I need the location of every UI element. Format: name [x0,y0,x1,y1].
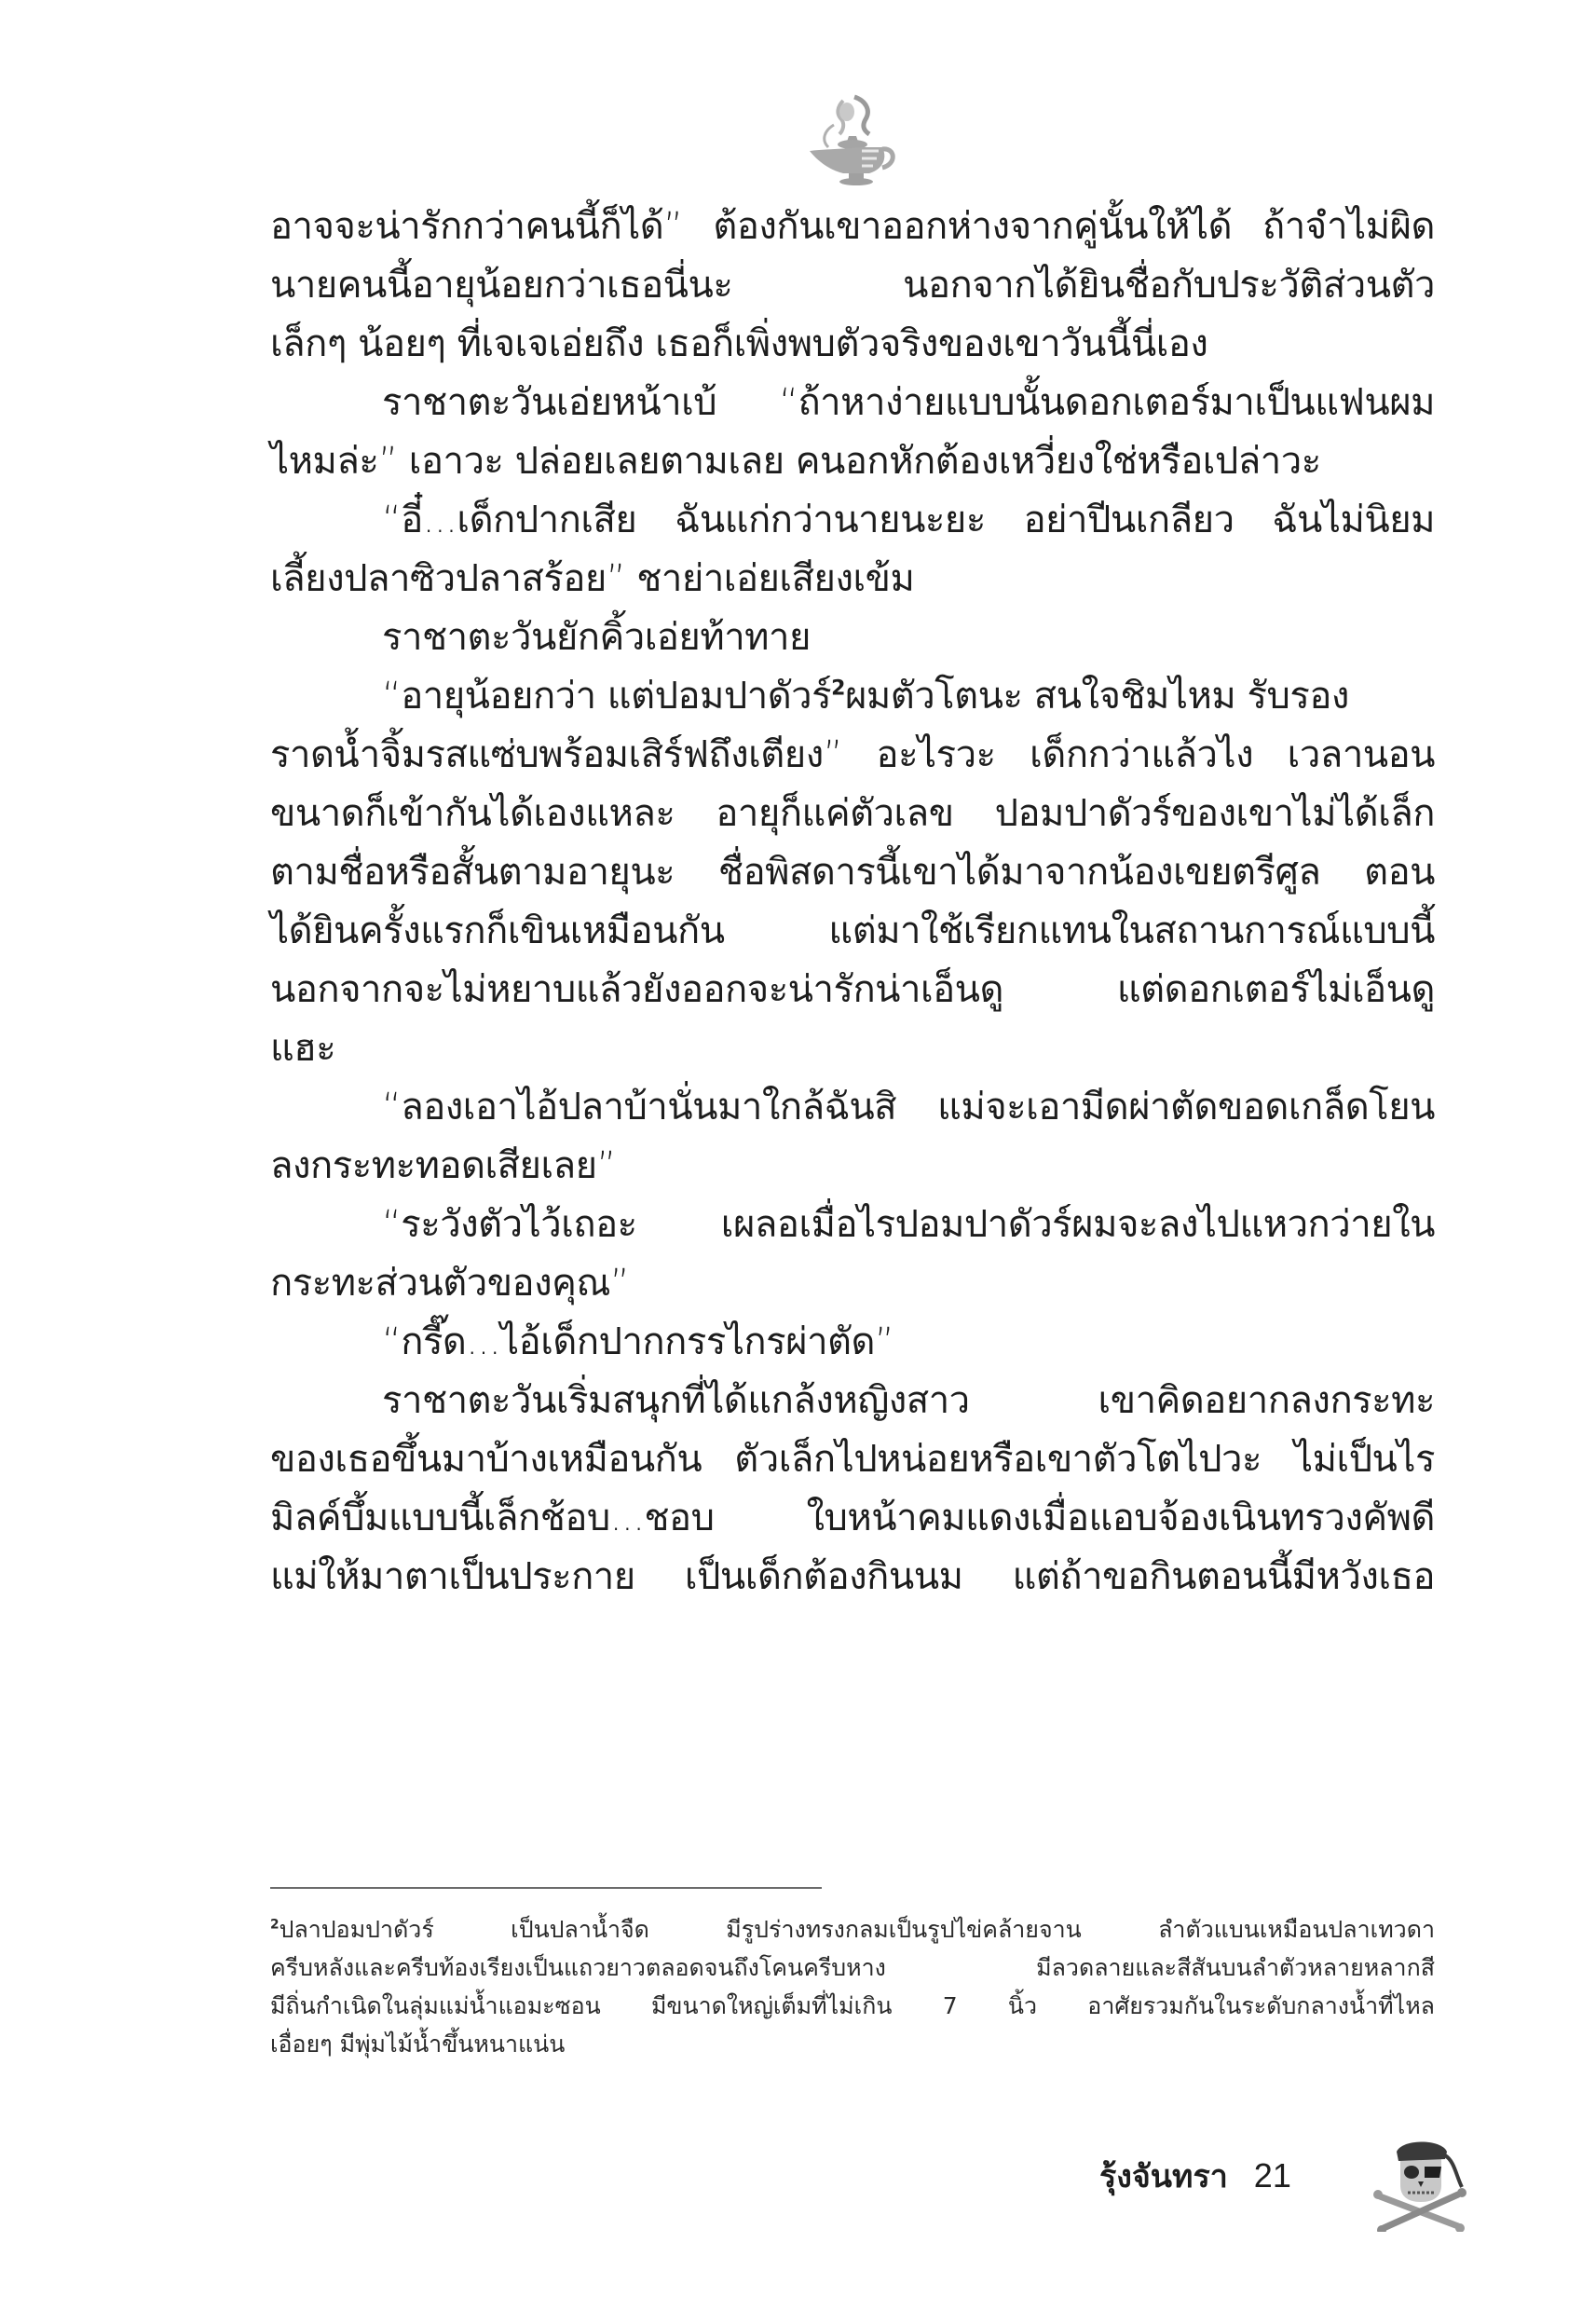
body-line: “อายุน้อยกว่า แต่ปอมปาดัวร์2ผมตัวโตนะ สน… [270,667,1435,726]
body-line: ราชาตะวันเริ่มสนุกที่ได้แกล้งหญิงสาว เขา… [270,1372,1435,1430]
footnote-reference[interactable]: 2 [831,677,845,701]
body-line: มิลค์บึ้มแบบนี้เล็กช้อบ...ชอบ ใบหน้าคมแด… [270,1489,1435,1548]
body-line: เลี้ยงปลาซิวปลาสร้อย” ชาย่าเอ่ยเสียงเข้ม [270,550,1435,609]
body-line-text: ผมตัวโตนะ สนใจชิมไหม รับรอง [845,675,1349,718]
skull-crossbones-icon [1365,2139,1477,2232]
body-line-text: “อายุน้อยกว่า แต่ปอมปาดัวร์ [382,675,831,718]
footnote-divider [270,1887,822,1889]
body-line: ราดน้ำจิ้มรสแซ่บพร้อมเสิร์ฟถึงเตียง” อะไ… [270,726,1435,785]
body-line: อาจจะน่ารักกว่าคนนี้ก็ได้” ต้องกันเขาออก… [270,198,1435,256]
body-line: ได้ยินครั้งแรกก็เขินเหมือนกัน แต่มาใช้เร… [270,902,1435,961]
body-line: ไหมล่ะ” เอาวะ ปล่อยเลยตามเลย คนอกหักต้อง… [270,432,1435,491]
body-line: ของเธอขึ้นมาบ้างเหมือนกัน ตัวเล็กไปหน่อย… [270,1430,1435,1489]
body-line: นายคนนี้อายุน้อยกว่าเธอนี่นะ นอกจากได้ยิ… [270,256,1435,315]
body-line: เล็กๆ น้อยๆ ที่เจเจเอ่ยถึง เธอก็เพิ่งพบต… [270,315,1435,374]
body-line: แม่ให้มาตาเป็นประกาย เป็นเด็กต้องกินนม แ… [270,1548,1435,1607]
page-footer: รุ้งจันทรา 21 [1099,2148,1291,2204]
footnote-line: ครีบหลังและครีบท้องเรียงเป็นแถวยาวตลอดจน… [270,1949,1435,1987]
body-line: “กรี๊ด...ไอ้เด็กปากกรรไกรผ่าตัด” [270,1313,1435,1372]
footnote-line: 2ปลาปอมปาดัวร์ เป็นปลาน้ำจืด มีรูปร่างทร… [270,1910,1435,1949]
body-line: “ระวังตัวไว้เถอะ เผลอเมื่อไรปอมปาดัวร์ผม… [270,1196,1435,1254]
footnote-line: มีถิ่นกำเนิดในลุ่มแม่น้ำแอมะซอน มีขนาดให… [270,1987,1435,2025]
body-line: “ลองเอาไอ้ปลาบ้านั่นมาใกล้ฉันสิ แม่จะเอา… [270,1078,1435,1137]
body-line: ราชาตะวันยักคิ้วเอ่ยท้าทาย [270,609,1435,667]
body-line: ตามชื่อหรือสั้นตามอายุนะ ชื่อพิสดารนี้เข… [270,843,1435,902]
book-page: อาจจะน่ารักกว่าคนนี้ก็ได้” ต้องกันเขาออก… [0,0,1596,2311]
body-line: กระทะส่วนตัวของคุณ” [270,1254,1435,1313]
footnote-line: เอื่อยๆ มีพุ่มไม้น้ำขึ้นหนาแน่น [270,2025,1435,2063]
body-line: ราชาตะวันเอ่ยหน้าเบ้ “ถ้าหาง่ายแบบนั้นดอ… [270,374,1435,432]
book-title: รุ้งจันทรา [1099,2151,1228,2201]
body-line: “อี๋...เด็กปากเสีย ฉันแก่กว่านายนะยะ อย่… [270,491,1435,550]
footnotes: 2ปลาปอมปาดัวร์ เป็นปลาน้ำจืด มีรูปร่างทร… [270,1910,1435,2063]
footnote-text: ปลาปอมปาดัวร์ เป็นปลาน้ำจืด มีรูปร่างทรง… [280,1916,1435,1943]
page-number: 21 [1254,2156,1291,2195]
body-line: นอกจากจะไม่หยาบแล้วยังออกจะน่ารักน่าเอ็น… [270,961,1435,1019]
genie-lamp-icon [797,93,908,196]
body-text: อาจจะน่ารักกว่าคนนี้ก็ได้” ต้องกันเขาออก… [270,198,1435,1607]
body-line: แฮะ [270,1019,1435,1078]
body-line: ขนาดก็เข้ากันได้เองแหละ อายุก็แค่ตัวเลข … [270,785,1435,843]
body-line: ลงกระทะทอดเสียเลย” [270,1137,1435,1196]
footnote-marker: 2 [270,1918,280,1933]
